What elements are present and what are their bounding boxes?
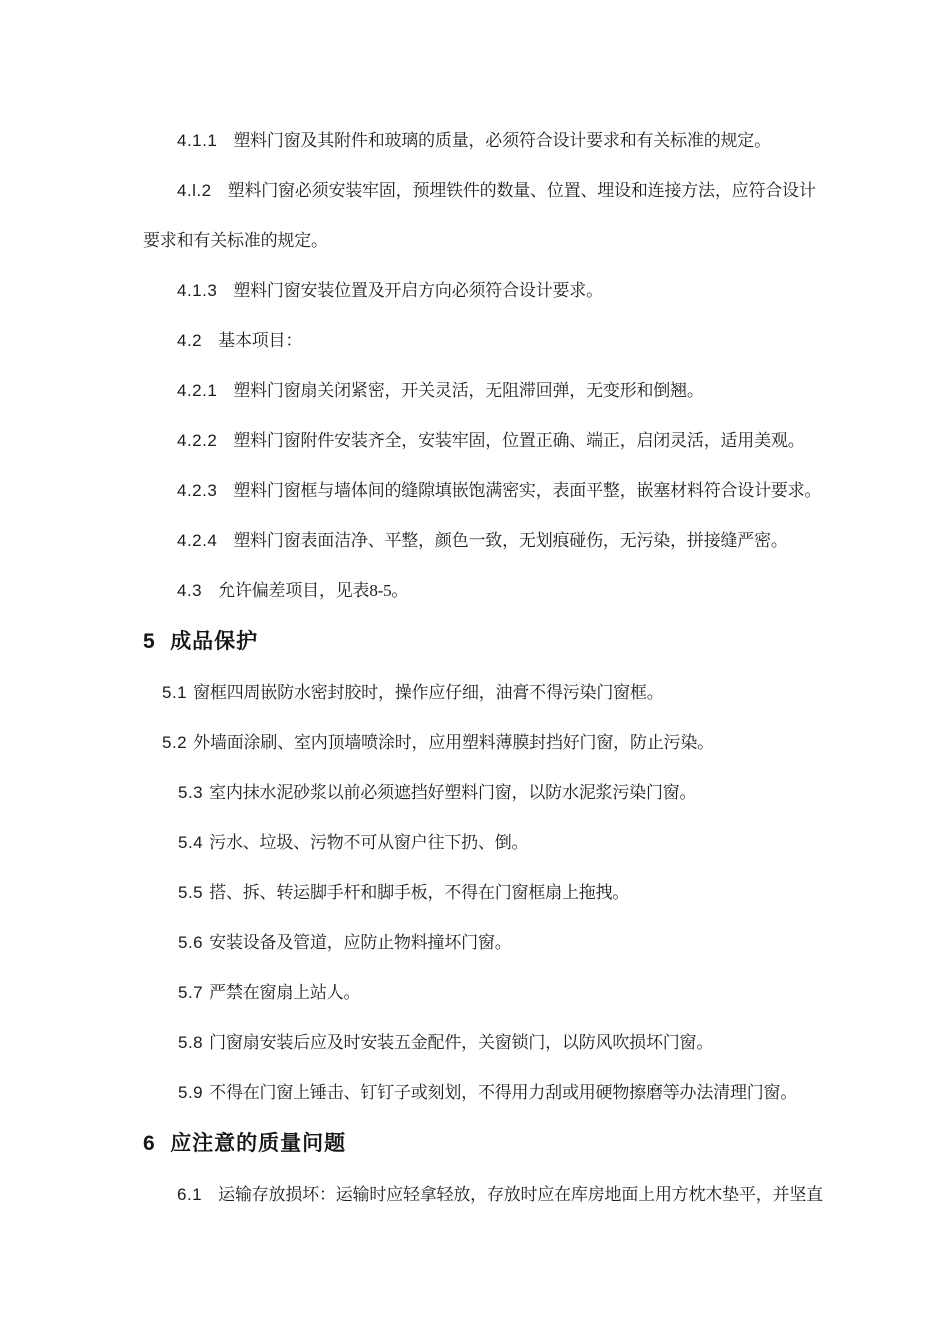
clause-5.6: 5.6安装设备及管道，应防止物料撞坏门窗。 (143, 932, 910, 954)
clause-continuation-line: 要求和有关标准的规定。 (143, 230, 910, 252)
clause-4.l.2: 4.l.2塑料门窗必须安装牢固，预埋铁件的数量、位置、埋设和连接方法，应符合设计 (143, 180, 910, 202)
clause-5.2: 5.2外墙面涂刷、室内顶墙喷涂时，应用塑料薄膜封挡好门窗，防止污染。 (143, 732, 910, 754)
clause-text: 塑料门窗及其附件和玻璃的质量，必须符合设计要求和有关标准的规定。 (233, 131, 771, 150)
clause-text: 允许偏差项目，见表8-5。 (218, 581, 408, 600)
clause-5.4: 5.4污水、垃圾、污物不可从窗户往下扔、倒。 (143, 832, 910, 854)
clause-4.1.1: 4.1.1塑料门窗及其附件和玻璃的质量，必须符合设计要求和有关标准的规定。 (143, 130, 910, 152)
clause-text: 严禁在窗扇上站人。 (209, 983, 360, 1002)
clause-4.2.4: 4.2.4塑料门窗表面洁净、平整，颜色一致，无划痕碰伤，无污染，拼接缝严密。 (143, 530, 910, 552)
clause-5.1: 5.1窗框四周嵌防水密封胶时，操作应仔细，油膏不得污染门窗框。 (143, 682, 910, 704)
clause-text: 塑料门窗扇关闭紧密，开关灵活，无阻滞回弹，无变形和倒翘。 (233, 381, 703, 400)
clause-4.2.2: 4.2.2塑料门窗附件安装齐全，安装牢固，位置正确、端正，启闭灵活，适用美观。 (143, 430, 910, 452)
clause-number: 5.2 (162, 733, 187, 752)
clause-text: 要求和有关标准的规定。 (143, 231, 328, 250)
clause-text: 室内抹水泥砂浆以前必须遮挡好塑料门窗，以防水泥浆污染门窗。 (209, 783, 696, 802)
section-heading-6: 6应注意的质量问题 (143, 1132, 910, 1156)
clause-text: 窗框四周嵌防水密封胶时，操作应仔细，油膏不得污染门窗框。 (193, 683, 663, 702)
clause-text: 塑料门窗安装位置及开启方向必须符合设计要求。 (233, 281, 603, 300)
clause-number: 4.2.1 (177, 381, 217, 400)
clause-text: 不得在门窗上锤击、钉钉子或刻划，不得用力刮或用硬物擦磨等办法清理门窗。 (209, 1083, 797, 1102)
section-title: 成品保护 (170, 630, 258, 653)
clause-text: 门窗扇安装后应及时安装五金配件，关窗锁门，以防风吹损坏门窗。 (209, 1033, 713, 1052)
clause-text: 塑料门窗必须安装牢固，预埋铁件的数量、位置、埋设和连接方法，应符合设计 (228, 181, 816, 200)
clause-text: 塑料门窗附件安装齐全，安装牢固，位置正确、端正，启闭灵活，适用美观。 (233, 431, 804, 450)
clause-5.9: 5.9不得在门窗上锤击、钉钉子或刻划，不得用力刮或用硬物擦磨等办法清理门窗。 (143, 1082, 910, 1104)
clause-number: 6.1 (177, 1185, 202, 1204)
clause-4.3: 4.3允许偏差项目，见表8-5。 (143, 580, 910, 602)
clause-number: 5.5 (178, 883, 203, 902)
section-number: 5 (143, 630, 155, 653)
clause-4.2.3: 4.2.3塑料门窗框与墙体间的缝隙填嵌饱满密实，表面平整，嵌塞材料符合设计要求。 (143, 480, 910, 502)
clause-number: 5.9 (178, 1083, 203, 1102)
clause-4.2.1: 4.2.1塑料门窗扇关闭紧密，开关灵活，无阻滞回弹，无变形和倒翘。 (143, 380, 910, 402)
clause-4.1.3: 4.1.3塑料门窗安装位置及开启方向必须符合设计要求。 (143, 280, 910, 302)
clause-4.2: 4.2基本项目： (143, 330, 910, 352)
clause-number: 4.2.4 (177, 531, 217, 550)
clause-text: 塑料门窗框与墙体间的缝隙填嵌饱满密实，表面平整，嵌塞材料符合设计要求。 (233, 481, 821, 500)
clause-number: 4.3 (177, 581, 202, 600)
clause-5.8: 5.8门窗扇安装后应及时安装五金配件，关窗锁门，以防风吹损坏门窗。 (143, 1032, 910, 1054)
clause-text: 运输存放损坏：运输时应轻拿轻放，存放时应在库房地面上用方枕木垫平，并坚直 (218, 1185, 823, 1204)
clause-number: 4.2.3 (177, 481, 217, 500)
section-title: 应注意的质量问题 (170, 1132, 346, 1155)
section-heading-5: 5成品保护 (143, 630, 910, 654)
section-number: 6 (143, 1132, 155, 1155)
clause-text: 基本项目： (218, 331, 302, 350)
clause-number: 5.7 (178, 983, 203, 1002)
clause-text: 塑料门窗表面洁净、平整，颜色一致，无划痕碰伤，无污染，拼接缝严密。 (233, 531, 787, 550)
clause-text: 外墙面涂刷、室内顶墙喷涂时，应用塑料薄膜封挡好门窗，防止污染。 (193, 733, 714, 752)
clause-number: 4.1.3 (177, 281, 217, 300)
clause-text: 安装设备及管道，应防止物料撞坏门窗。 (209, 933, 511, 952)
clause-5.5: 5.5搭、拆、转运脚手杆和脚手板，不得在门窗框扇上拖拽。 (143, 882, 910, 904)
clause-number: 5.6 (178, 933, 203, 952)
clause-number: 5.4 (178, 833, 203, 852)
clause-text: 搭、拆、转运脚手杆和脚手板，不得在门窗框扇上拖拽。 (209, 883, 629, 902)
clause-number: 4.l.2 (177, 181, 212, 200)
clause-number: 4.2.2 (177, 431, 217, 450)
clause-5.7: 5.7严禁在窗扇上站人。 (143, 982, 910, 1004)
clause-number: 5.3 (178, 783, 203, 802)
clause-text: 污水、垃圾、污物不可从窗户往下扔、倒。 (209, 833, 528, 852)
document-page: 4.1.1塑料门窗及其附件和玻璃的质量，必须符合设计要求和有关标准的规定。4.l… (0, 0, 950, 1344)
clause-number: 4.1.1 (177, 131, 217, 150)
clause-6.1: 6.1运输存放损坏：运输时应轻拿轻放，存放时应在库房地面上用方枕木垫平，并坚直 (143, 1184, 910, 1206)
clause-number: 5.8 (178, 1033, 203, 1052)
clause-5.3: 5.3室内抹水泥砂浆以前必须遮挡好塑料门窗，以防水泥浆污染门窗。 (143, 782, 910, 804)
clause-number: 5.1 (162, 683, 187, 702)
clause-number: 4.2 (177, 331, 202, 350)
